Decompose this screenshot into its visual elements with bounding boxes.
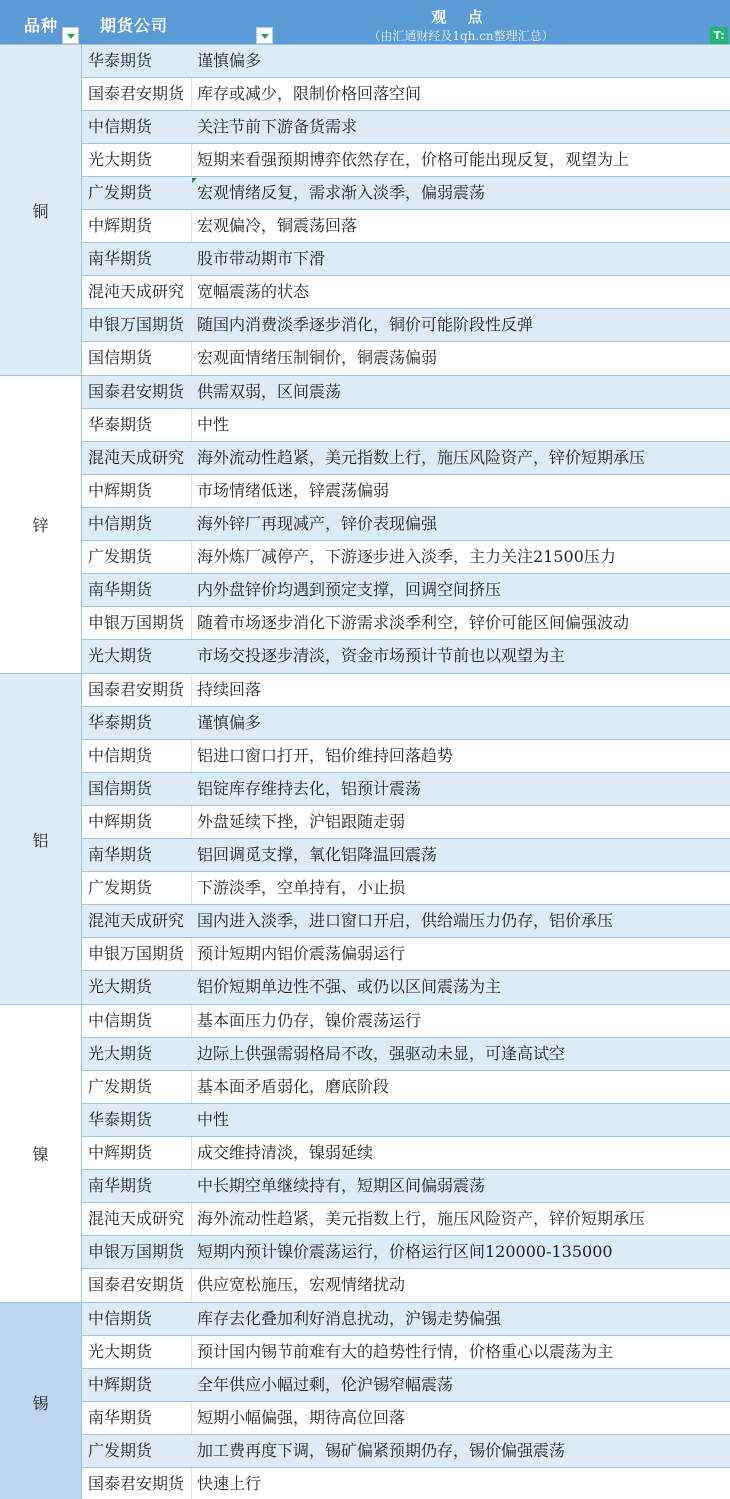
table-row[interactable]: 混沌天成研究宽幅震荡的状态 (82, 276, 730, 309)
view-cell: 海外流动性趋紧，美元指数上行，施压风险资产，锌价短期承压 (192, 1203, 730, 1235)
table-row[interactable]: 国泰君安期货持续回落 (82, 674, 730, 707)
view-cell: 国内进入淡季，进口窗口开启，供给端压力仍存，铝价承压 (192, 905, 730, 937)
table-row[interactable]: 华泰期货谨慎偏多 (82, 707, 730, 740)
view-cell: 短期内预计镍价震荡运行，价格运行区间120000-135000 (192, 1236, 730, 1268)
table-row[interactable]: 中辉期货外盘延续下挫，沪铝跟随走弱 (82, 806, 730, 839)
table-row[interactable]: 光大期货边际上供强需弱格局不改，强驱动未显，可逢高试空 (82, 1038, 730, 1071)
table-row[interactable]: 广发期货宏观情绪反复，需求渐入淡季，偏弱震荡 (82, 177, 730, 210)
view-cell: 铝回调觅支撑，氧化铝降温回震荡 (192, 839, 730, 871)
view-cell: 外盘延续下挫，沪铝跟随走弱 (192, 806, 730, 838)
view-cell: 海外炼厂减停产，下游逐步进入淡季，主力关注21500压力 (192, 541, 730, 573)
view-cell: 内外盘锌价均遇到预定支撑，回调空间挤压 (192, 574, 730, 606)
view-cell: 加工费再度下调，锡矿偏紧预期仍存，锡价偏强震荡 (192, 1435, 730, 1467)
company-cell: 国泰君安期货 (82, 376, 192, 408)
table-row[interactable]: 华泰期货谨慎偏多 (82, 45, 730, 78)
variety-cell: 锡 (0, 1303, 82, 1499)
table-row[interactable]: 申银万国期货预计短期内铝价震荡偏弱运行 (82, 938, 730, 971)
table-row[interactable]: 南华期货短期小幅偏强，期待高位回落 (82, 1402, 730, 1435)
company-cell: 广发期货 (82, 1071, 192, 1103)
view-cell: 中性 (192, 1104, 730, 1136)
table-row[interactable]: 中辉期货全年供应小幅过剩，伦沪锡窄幅震荡 (82, 1369, 730, 1402)
table-row[interactable]: 广发期货海外炼厂减停产，下游逐步进入淡季，主力关注21500压力 (82, 541, 730, 574)
table-row[interactable]: 南华期货股市带动期市下滑 (82, 243, 730, 276)
view-cell: 市场交投逐步清淡，资金市场预计节前也以观望为主 (192, 640, 730, 673)
view-cell: 下游淡季，空单持有，小止损 (192, 872, 730, 904)
table-row[interactable]: 中信期货库存去化叠加利好消息扰动，沪锡走势偏强 (82, 1303, 730, 1336)
view-cell: 谨慎偏多 (192, 45, 730, 77)
futures-views-sheet: 品种 期货公司 观 点 （由汇通财经及1qh.cn整理汇总） T: 铜 华泰期货… (0, 0, 730, 1499)
view-cell: 供需双弱，区间震荡 (192, 376, 730, 408)
company-cell: 国泰君安期货 (82, 1468, 192, 1499)
view-cell: 铝进口窗口打开，铝价维持回落趋势 (192, 740, 730, 772)
company-cell: 中信期货 (82, 111, 192, 143)
company-cell: 中信期货 (82, 1303, 192, 1335)
company-cell: 广发期货 (82, 177, 192, 209)
view-cell: 海外流动性趋紧，美元指数上行，施压风险资产，锌价短期承压 (192, 442, 730, 474)
company-cell: 中辉期货 (82, 1369, 192, 1401)
view-cell: 市场情绪低迷，锌震荡偏弱 (192, 475, 730, 507)
view-cell: 全年供应小幅过剩，伦沪锡窄幅震荡 (192, 1369, 730, 1401)
table-row[interactable]: 国泰君安期货库存或减少，限制价格回落空间 (82, 78, 730, 111)
company-cell: 光大期货 (82, 144, 192, 176)
header-view-subtitle: （由汇通财经及1qh.cn整理汇总） (192, 27, 730, 44)
view-cell: 基本面压力仍存，镍价震荡运行 (192, 1005, 730, 1037)
view-cell: 随国内消费淡季逐步消化，铜价可能阶段性反弹 (192, 309, 730, 341)
company-cell: 光大期货 (82, 1336, 192, 1368)
company-cell: 申银万国期货 (82, 309, 192, 341)
table-row[interactable]: 中信期货基本面压力仍存，镍价震荡运行 (82, 1005, 730, 1038)
company-cell: 国信期货 (82, 773, 192, 805)
table-row[interactable]: 中信期货铝进口窗口打开，铝价维持回落趋势 (82, 740, 730, 773)
view-cell: 海外锌厂再现减产，锌价表现偏强 (192, 508, 730, 540)
company-cell: 中辉期货 (82, 806, 192, 838)
table-row[interactable]: 申银万国期货短期内预计镍价震荡运行，价格运行区间120000-135000 (82, 1236, 730, 1269)
table-row[interactable]: 南华期货中长期空单继续持有，短期区间偏弱震荡 (82, 1170, 730, 1203)
filter-icon[interactable]: T: (710, 27, 728, 44)
view-cell: 短期小幅偏强，期待高位回落 (192, 1402, 730, 1434)
header-company-label: 期货公司 (100, 13, 168, 36)
table-row[interactable]: 混沌天成研究国内进入淡季，进口窗口开启，供给端压力仍存，铝价承压 (82, 905, 730, 938)
header-company: 期货公司 (82, 0, 192, 45)
view-cell: 宏观偏冷，铜震荡回落 (192, 210, 730, 242)
comment-indicator-icon (192, 178, 197, 183)
header-variety: 品种 (0, 0, 82, 45)
variety-filter-dropdown-icon[interactable] (62, 27, 79, 44)
company-cell: 中辉期货 (82, 475, 192, 507)
company-cell: 广发期货 (82, 541, 192, 573)
view-cell: 预计国内锡节前难有大的趋势性行情，价格重心以震荡为主 (192, 1336, 730, 1368)
table-row[interactable]: 中辉期货宏观偏冷，铜震荡回落 (82, 210, 730, 243)
company-cell: 中信期货 (82, 508, 192, 540)
company-cell: 华泰期货 (82, 1104, 192, 1136)
view-cell: 宏观面情绪压制铜价，铜震荡偏弱 (192, 342, 730, 375)
company-cell: 中辉期货 (82, 210, 192, 242)
table-row[interactable]: 混沌天成研究海外流动性趋紧，美元指数上行，施压风险资产，锌价短期承压 (82, 442, 730, 475)
table-row[interactable]: 光大期货短期来看强预期博弈依然存在，价格可能出现反复，观望为上 (82, 144, 730, 177)
table-row[interactable]: 国信期货铝锭库存维持去化，铝预计震荡 (82, 773, 730, 806)
company-cell: 国泰君安期货 (82, 78, 192, 110)
table-row[interactable]: 南华期货内外盘锌价均遇到预定支撑，回调空间挤压 (82, 574, 730, 607)
table-row[interactable]: 国泰君安期货快速上行 (82, 1468, 730, 1499)
view-cell: 供应宽松施压，宏观情绪扰动 (192, 1269, 730, 1302)
view-cell: 库存或减少，限制价格回落空间 (192, 78, 730, 110)
view-cell: 快速上行 (192, 1468, 730, 1499)
table-row[interactable]: 广发期货加工费再度下调，锡矿偏紧预期仍存，锡价偏强震荡 (82, 1435, 730, 1468)
table-row[interactable]: 华泰期货中性 (82, 409, 730, 442)
table-row[interactable]: 光大期货市场交投逐步清淡，资金市场预计节前也以观望为主 (82, 640, 730, 673)
company-cell: 南华期货 (82, 839, 192, 871)
variety-cell: 镍 (0, 1005, 82, 1302)
view-cell: 短期来看强预期博弈依然存在，价格可能出现反复，观望为上 (192, 144, 730, 176)
group-aluminum: 铝 国泰君安期货持续回落 华泰期货谨慎偏多 中信期货铝进口窗口打开，铝价维持回落… (0, 674, 730, 1005)
view-cell: 预计短期内铝价震荡偏弱运行 (192, 938, 730, 970)
view-cell: 库存去化叠加利好消息扰动，沪锡走势偏强 (192, 1303, 730, 1335)
company-cell: 中信期货 (82, 740, 192, 772)
view-cell: 关注节前下游备货需求 (192, 111, 730, 143)
company-cell: 南华期货 (82, 574, 192, 606)
company-cell: 中辉期货 (82, 1137, 192, 1169)
view-cell: 成交维持清淡，镍弱延续 (192, 1137, 730, 1169)
view-cell: 边际上供强需弱格局不改，强驱动未显，可逢高试空 (192, 1038, 730, 1070)
variety-cell: 铜 (0, 45, 82, 375)
table-row[interactable]: 华泰期货中性 (82, 1104, 730, 1137)
table-row[interactable]: 广发期货下游淡季，空单持有，小止损 (82, 872, 730, 905)
view-cell: 随着市场逐步消化下游需求淡季利空，锌价可能区间偏强波动 (192, 607, 730, 639)
table-row[interactable]: 中信期货海外锌厂再现减产，锌价表现偏强 (82, 508, 730, 541)
view-cell: 谨慎偏多 (192, 707, 730, 739)
company-cell: 国泰君安期货 (82, 1269, 192, 1302)
table-row[interactable]: 国泰君安期货供需双弱，区间震荡 (82, 376, 730, 409)
view-cell: 铝锭库存维持去化，铝预计震荡 (192, 773, 730, 805)
company-cell: 光大期货 (82, 640, 192, 673)
company-cell: 混沌天成研究 (82, 442, 192, 474)
table-row[interactable]: 光大期货预计国内锡节前难有大的趋势性行情，价格重心以震荡为主 (82, 1336, 730, 1369)
company-cell: 混沌天成研究 (82, 276, 192, 308)
view-cell: 宏观情绪反复，需求渐入淡季，偏弱震荡 (192, 177, 730, 209)
table-row[interactable]: 光大期货铝价短期单边性不强、或仍以区间震荡为主 (82, 971, 730, 1004)
header-row: 品种 期货公司 观 点 （由汇通财经及1qh.cn整理汇总） T: (0, 0, 730, 45)
header-view: 观 点 （由汇通财经及1qh.cn整理汇总） T: (192, 0, 730, 45)
company-cell: 中信期货 (82, 1005, 192, 1037)
company-cell: 国信期货 (82, 342, 192, 375)
group-nickel: 镍 中信期货基本面压力仍存，镍价震荡运行 光大期货边际上供强需弱格局不改，强驱动… (0, 1005, 730, 1303)
table-row[interactable]: 申银万国期货随国内消费淡季逐步消化，铜价可能阶段性反弹 (82, 309, 730, 342)
company-cell: 混沌天成研究 (82, 905, 192, 937)
company-cell: 申银万国期货 (82, 938, 192, 970)
view-cell: 股市带动期市下滑 (192, 243, 730, 275)
table-row[interactable]: 中信期货关注节前下游备货需求 (82, 111, 730, 144)
table-row[interactable]: 中辉期货成交维持清淡，镍弱延续 (82, 1137, 730, 1170)
company-cell: 广发期货 (82, 872, 192, 904)
company-cell: 南华期货 (82, 1170, 192, 1202)
company-cell: 广发期货 (82, 1435, 192, 1467)
company-cell: 南华期货 (82, 1402, 192, 1434)
header-variety-label: 品种 (24, 13, 58, 36)
view-cell: 基本面矛盾弱化，磨底阶段 (192, 1071, 730, 1103)
company-cell: 南华期货 (82, 243, 192, 275)
table-row[interactable]: 国信期货宏观面情绪压制铜价，铜震荡偏弱 (82, 342, 730, 375)
group-zinc: 锌 国泰君安期货供需双弱，区间震荡 华泰期货中性 混沌天成研究海外流动性趋紧，美… (0, 376, 730, 674)
company-cell: 混沌天成研究 (82, 1203, 192, 1235)
header-view-title: 观 点 (192, 6, 730, 27)
table-row[interactable]: 南华期货铝回调觅支撑，氧化铝降温回震荡 (82, 839, 730, 872)
view-cell: 持续回落 (192, 674, 730, 706)
company-cell: 华泰期货 (82, 707, 192, 739)
company-cell: 申银万国期货 (82, 1236, 192, 1268)
table-row[interactable]: 混沌天成研究海外流动性趋紧，美元指数上行，施压风险资产，锌价短期承压 (82, 1203, 730, 1236)
table-row[interactable]: 中辉期货市场情绪低迷，锌震荡偏弱 (82, 475, 730, 508)
company-cell: 光大期货 (82, 971, 192, 1004)
company-cell: 申银万国期货 (82, 607, 192, 639)
variety-cell: 锌 (0, 376, 82, 673)
group-tin: 锡 中信期货库存去化叠加利好消息扰动，沪锡走势偏强 光大期货预计国内锡节前难有大… (0, 1303, 730, 1499)
view-cell: 宽幅震荡的状态 (192, 276, 730, 308)
view-cell: 铝价短期单边性不强、或仍以区间震荡为主 (192, 971, 730, 1004)
company-cell: 华泰期货 (82, 45, 192, 77)
variety-cell: 铝 (0, 674, 82, 1004)
company-cell: 国泰君安期货 (82, 674, 192, 706)
table-row[interactable]: 广发期货基本面矛盾弱化，磨底阶段 (82, 1071, 730, 1104)
company-cell: 光大期货 (82, 1038, 192, 1070)
company-cell: 华泰期货 (82, 409, 192, 441)
table-row[interactable]: 申银万国期货随着市场逐步消化下游需求淡季利空，锌价可能区间偏强波动 (82, 607, 730, 640)
table-row[interactable]: 国泰君安期货供应宽松施压，宏观情绪扰动 (82, 1269, 730, 1302)
view-cell: 中长期空单继续持有，短期区间偏弱震荡 (192, 1170, 730, 1202)
group-copper: 铜 华泰期货谨慎偏多 国泰君安期货库存或减少，限制价格回落空间 中信期货关注节前… (0, 45, 730, 376)
view-cell: 中性 (192, 409, 730, 441)
